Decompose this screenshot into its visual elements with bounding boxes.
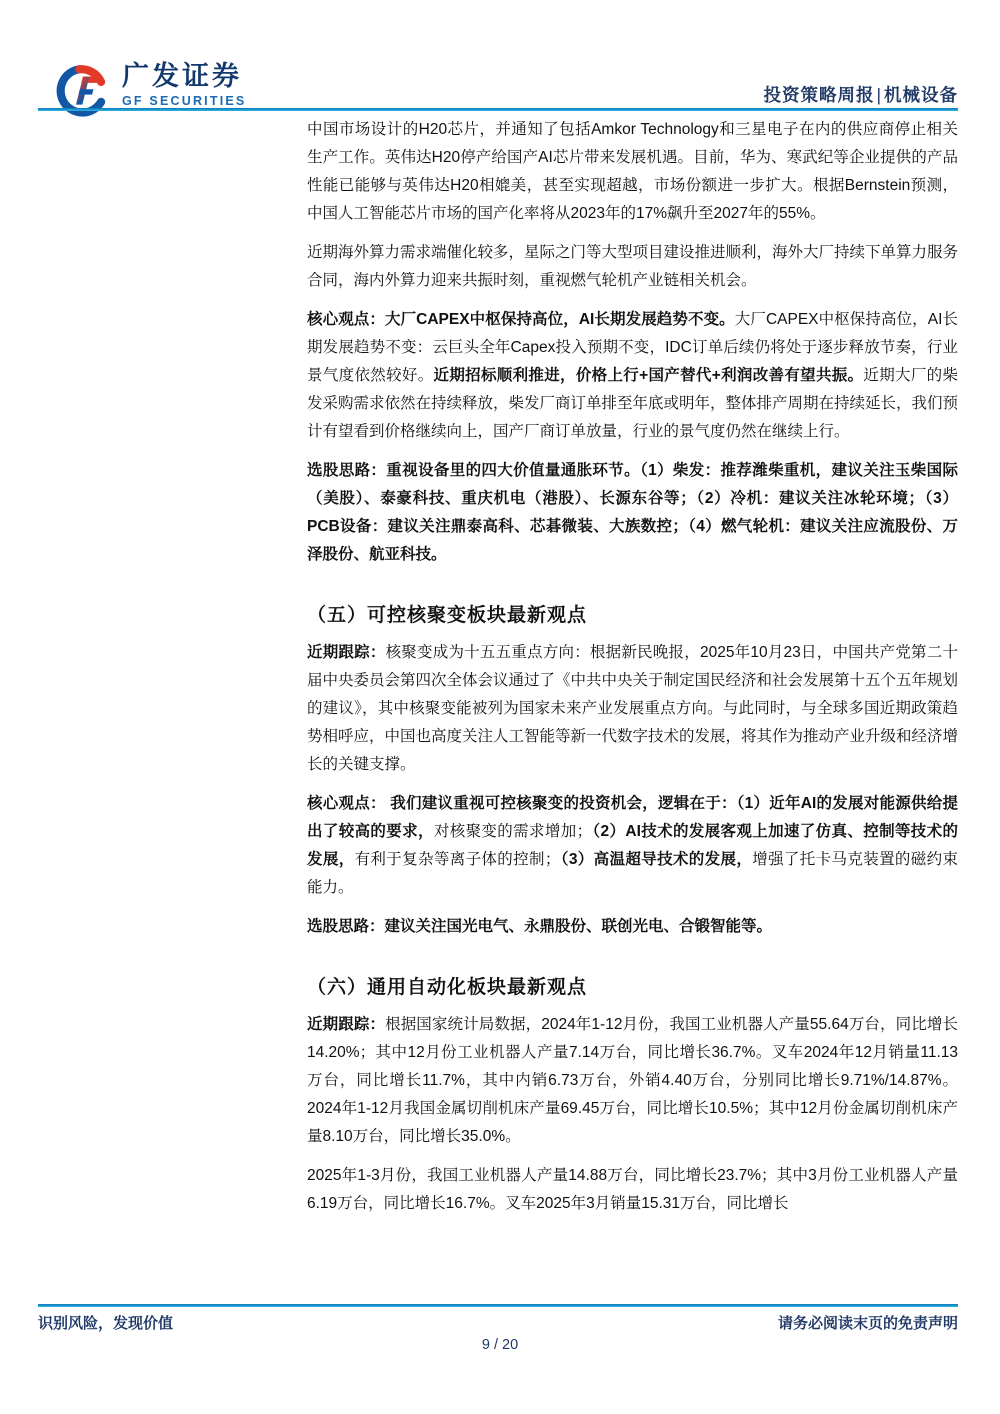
paragraph: 2025年1-3月份，我国工业机器人产量14.88万台，同比增长23.7%；其中… (307, 1162, 958, 1218)
logo-text: 广发证券 GF SECURITIES (122, 62, 246, 108)
text-run: 2025年1-3月份，我国工业机器人产量14.88万台，同比增长23.7%；其中… (307, 1167, 958, 1212)
brand-name-cn: 广发证券 (122, 62, 246, 92)
footer-divider (38, 1304, 958, 1307)
gf-logo-icon (54, 62, 112, 120)
text-run: 根据国家统计局数据，2024年1-12月份，我国工业机器人产量55.64万台，同… (307, 1016, 958, 1145)
text-run: 核心观点：大厂CAPEX中枢保持高位，AI长期发展趋势不变。 (307, 311, 735, 328)
text-run: 近期跟踪： (307, 644, 386, 661)
text-run: （六）通用自动化板块最新观点 (307, 977, 587, 998)
page-number: 9 / 20 (0, 1337, 1000, 1353)
paragraph: 近期跟踪：核聚变成为十五五重点方向：根据新民晚报，2025年10月23日，中国共… (307, 639, 958, 779)
paragraph: 近期海外算力需求端催化较多，星际之门等大型项目建设推进顺利，海外大厂持续下单算力… (307, 239, 958, 295)
section-heading: （六）通用自动化板块最新观点 (307, 975, 958, 1001)
text-run: 选股思路：重视设备里的四大价值量通胀环节。（1）柴发：推荐潍柴重机，建议关注玉柴… (307, 462, 958, 563)
text-run: 中国市场设计的H20芯片，并通知了包括Amkor Technology和三星电子… (307, 121, 958, 222)
footer-slogan: 识别风险，发现价值 (38, 1312, 173, 1333)
paragraph: 近期跟踪：根据国家统计局数据，2024年1-12月份，我国工业机器人产量55.6… (307, 1011, 958, 1151)
paragraph: 中国市场设计的H20芯片，并通知了包括Amkor Technology和三星电子… (307, 116, 958, 228)
text-run: 近期招标顺利推进，价格上行+国产替代+利润改善有望共振。 (434, 367, 864, 384)
meta-separator: | (874, 85, 884, 105)
text-run: 有利于复杂等离子体的控制； (355, 851, 561, 868)
text-run: 对核聚变的需求增加； (434, 823, 592, 840)
gf-logo: 广发证券 GF SECURITIES (54, 62, 246, 120)
paragraph: 核心观点：大厂CAPEX中枢保持高位，AI长期发展趋势不变。大厂CAPEX中枢保… (307, 306, 958, 446)
report-type: 投资策略周报 (763, 85, 874, 105)
text-run: 选股思路：建议关注国光电气、永鼎股份、联创光电、合锻智能等。 (307, 918, 772, 935)
text-run: （3）高温超导技术的发展， (560, 851, 752, 868)
paragraph: 选股思路：建议关注国光电气、永鼎股份、联创光电、合锻智能等。 (307, 913, 958, 941)
section-heading: （五）可控核聚变板块最新观点 (307, 603, 958, 629)
report-meta: 投资策略周报|机械设备 (763, 82, 958, 107)
text-run: 近期跟踪： (307, 1016, 385, 1033)
brand-name-en: GF SECURITIES (122, 94, 246, 108)
paragraph: 选股思路：重视设备里的四大价值量通胀环节。（1）柴发：推荐潍柴重机，建议关注玉柴… (307, 457, 958, 569)
report-body: 中国市场设计的H20芯片，并通知了包括Amkor Technology和三星电子… (307, 116, 958, 1229)
paragraph: 核心观点： 我们建议重视可控核聚变的投资机会，逻辑在于：（1）近年AI的发展对能… (307, 790, 958, 902)
footer-row: 识别风险，发现价值 请务必阅读末页的免责声明 (38, 1312, 958, 1333)
text-run: 近期海外算力需求端催化较多，星际之门等大型项目建设推进顺利，海外大厂持续下单算力… (307, 244, 958, 289)
footer-disclaimer: 请务必阅读末页的免责声明 (778, 1312, 958, 1333)
report-page: 广发证券 GF SECURITIES 投资策略周报|机械设备 中国市场设计的H2… (0, 0, 1000, 1414)
header-divider (38, 108, 958, 111)
report-sector: 机械设备 (884, 85, 958, 105)
text-run: 核聚变成为十五五重点方向：根据新民晚报，2025年10月23日，中国共产党第二十… (307, 644, 958, 773)
text-run: （五）可控核聚变板块最新观点 (307, 605, 587, 626)
